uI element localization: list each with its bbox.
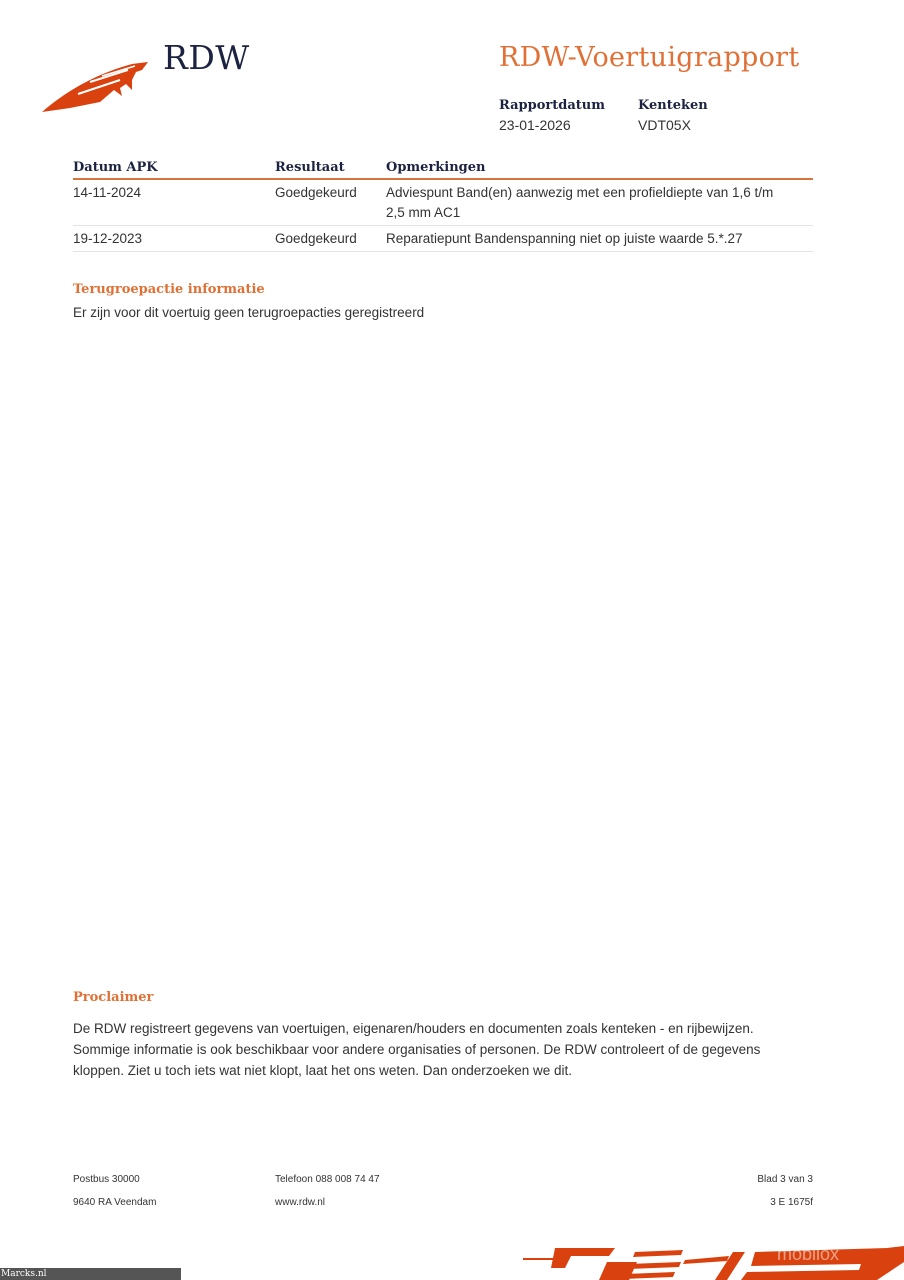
license-plate: Kenteken VDT05X (638, 98, 708, 133)
column-header-result: Resultaat (275, 160, 386, 179)
column-header-date: Datum APK (73, 160, 275, 179)
proclaimer-line: Sommige informatie is ook beschikbaar vo… (73, 1039, 760, 1060)
table-header-row: Datum APK Resultaat Opmerkingen (73, 160, 813, 179)
report-date-value: 23-01-2026 (499, 117, 605, 133)
mobilox-watermark: mobilox (777, 1244, 839, 1264)
apk-history-table: Datum APK Resultaat Opmerkingen 14-11-20… (73, 160, 813, 252)
footer-page-number: Blad 3 van 3 (757, 1174, 813, 1185)
rdw-stripes-graphic-icon: mobilox (515, 1242, 904, 1280)
apk-remark: Reparatiepunt Bandenspanning niet op jui… (386, 226, 813, 252)
report-date-label: Rapportdatum (499, 98, 605, 113)
apk-remark: Adviespunt Band(en) aanwezig met een pro… (386, 179, 813, 226)
proclaimer-line: De RDW registreert gegevens van voertuig… (73, 1018, 760, 1039)
apk-date: 14-11-2024 (73, 179, 275, 226)
report-title: RDW-Voertuigrapport (499, 42, 800, 73)
proclaimer-title: Proclaimer (73, 990, 153, 1005)
apk-date: 19-12-2023 (73, 226, 275, 252)
proclaimer-text: De RDW registreert gegevens van voertuig… (73, 1018, 760, 1081)
footer-po-box: Postbus 30000 (73, 1174, 140, 1185)
column-header-remarks: Opmerkingen (386, 160, 813, 179)
license-plate-value: VDT05X (638, 117, 708, 133)
table-row: 14-11-2024 Goedgekeurd Adviespunt Band(e… (73, 179, 813, 226)
footer-document-code: 3 E 1675f (770, 1197, 813, 1208)
report-date: Rapportdatum 23-01-2026 (499, 98, 605, 133)
logo-text: RDW (163, 38, 250, 77)
feather-logo-icon (40, 52, 160, 122)
apk-result: Goedgekeurd (275, 179, 386, 226)
footer-phone: Telefoon 088 008 74 47 (275, 1174, 380, 1185)
license-plate-label: Kenteken (638, 98, 708, 113)
footer-website[interactable]: www.rdw.nl (275, 1197, 325, 1208)
apk-result: Goedgekeurd (275, 226, 386, 252)
footer-city: 9640 RA Veendam (73, 1197, 156, 1208)
source-watermark: Marcks.nl (0, 1268, 181, 1280)
recall-text: Er zijn voor dit voertuig geen terugroep… (73, 302, 424, 323)
rdw-logo: RDW (40, 38, 250, 118)
recall-title: Terugroepactie informatie (73, 282, 265, 297)
proclaimer-line: kloppen. Ziet u toch iets wat niet klopt… (73, 1060, 760, 1081)
table-row: 19-12-2023 Goedgekeurd Reparatiepunt Ban… (73, 226, 813, 252)
